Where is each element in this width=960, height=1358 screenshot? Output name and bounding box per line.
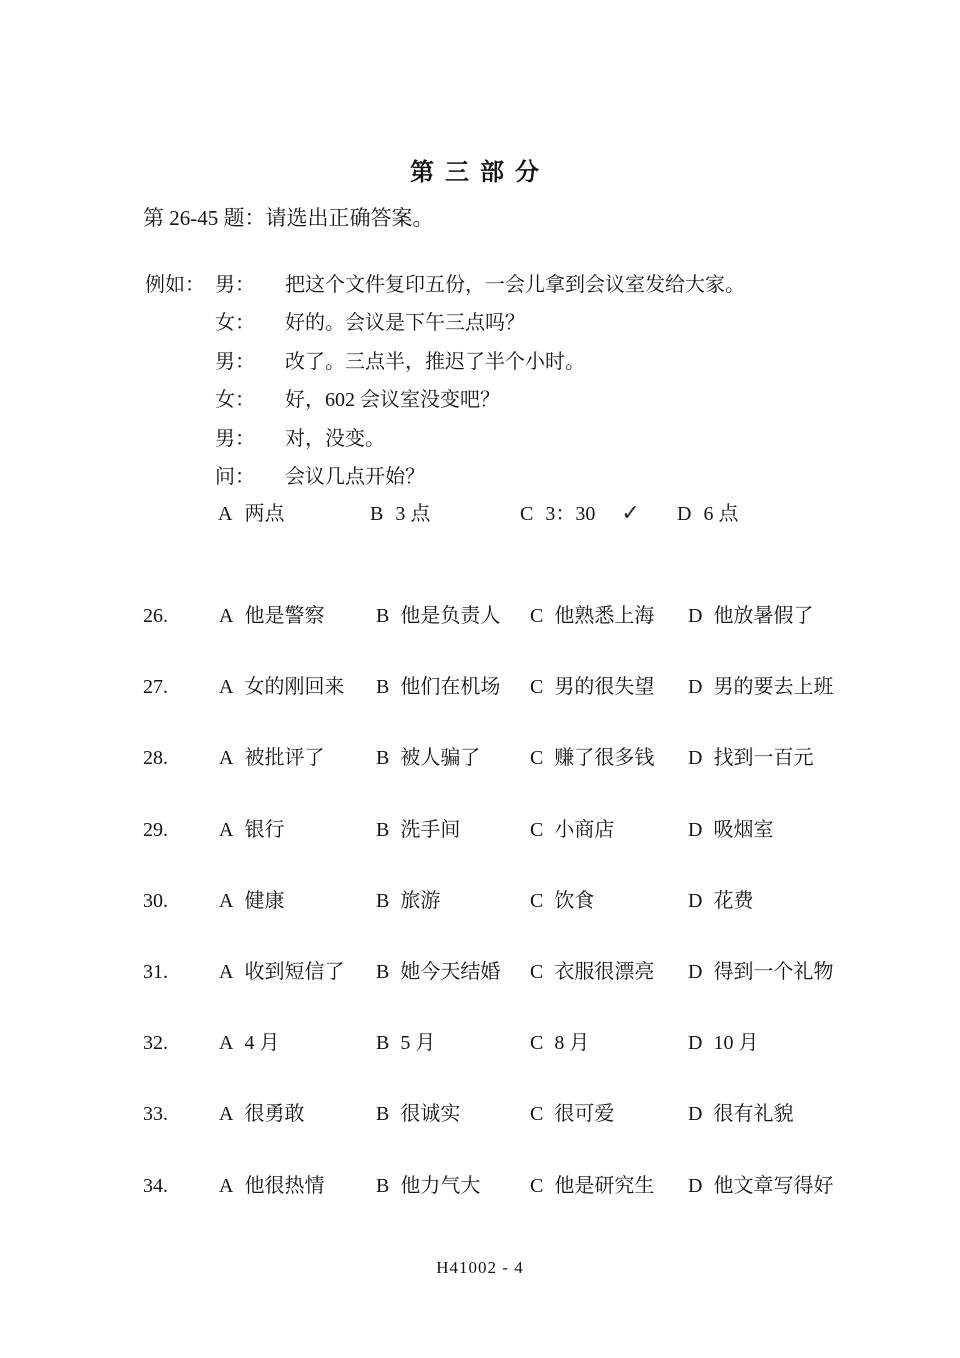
option-c-cell: C赚了很多钱 bbox=[530, 746, 688, 770]
option-letter: C bbox=[520, 503, 533, 525]
option-letter: C bbox=[530, 605, 543, 627]
option-c-cell: C饮食 bbox=[530, 889, 688, 913]
option-a-cell: A被批评了 bbox=[219, 746, 376, 770]
option-b-cell: B他力气大 bbox=[376, 1174, 530, 1198]
option-c-cell: C他熟悉上海 bbox=[530, 604, 688, 628]
option-text: 3 点 bbox=[395, 503, 430, 525]
option-d-cell: D得到一个礼物 bbox=[688, 960, 950, 984]
option-text: 收到短信了 bbox=[244, 961, 344, 983]
speaker-label: 问： bbox=[215, 458, 285, 496]
option-text: 很诚实 bbox=[400, 1103, 460, 1125]
utterance-text: 好，602 会议室没变吧？ bbox=[285, 389, 500, 411]
option-a-cell: A他很热情 bbox=[219, 1174, 376, 1198]
option-letter: B bbox=[376, 961, 389, 983]
question-row: 27. A女的刚回来 B他们在机场 C男的很失望 D男的要去上班 bbox=[143, 675, 950, 746]
option-c-cell: C8 月 bbox=[530, 1031, 688, 1055]
example-dialogue: 男：把这个文件复印五份，一会儿拿到会议室发给大家。 女：好的。会议是下午三点吗？… bbox=[145, 266, 940, 496]
question-number: 31. bbox=[143, 960, 219, 984]
option-a-cell: A女的刚回来 bbox=[219, 675, 376, 699]
option-text: 她今天结婚 bbox=[400, 961, 500, 983]
example-label: 例如： bbox=[145, 266, 205, 304]
option-text: 女的刚回来 bbox=[244, 676, 344, 698]
option-text: 4 月 bbox=[244, 1032, 279, 1054]
example-dialogue-line: 男：改了。三点半，推迟了半个小时。 bbox=[145, 343, 940, 381]
speaker-label: 女： bbox=[215, 381, 285, 419]
option-text: 很可爱 bbox=[554, 1103, 614, 1125]
option-d-cell: D很有礼貌 bbox=[688, 1102, 950, 1126]
option-text: 5 月 bbox=[400, 1032, 435, 1054]
example-dialogue-line: 女：好，602 会议室没变吧？ bbox=[145, 381, 940, 419]
option-text: 被批评了 bbox=[244, 747, 324, 769]
option-letter: A bbox=[219, 605, 233, 627]
option-b-cell: B5 月 bbox=[376, 1031, 530, 1055]
option-letter: A bbox=[219, 676, 233, 698]
option-text: 衣服很漂亮 bbox=[554, 961, 654, 983]
utterance-text: 把这个文件复印五份，一会儿拿到会议室发给大家。 bbox=[285, 274, 745, 296]
option-letter: B bbox=[376, 676, 389, 698]
example-dialogue-line: 男：把这个文件复印五份，一会儿拿到会议室发给大家。 bbox=[145, 266, 940, 304]
speaker-label: 男： bbox=[215, 343, 285, 381]
option-text: 他是研究生 bbox=[554, 1175, 654, 1197]
question-number: 33. bbox=[143, 1102, 219, 1126]
utterance-text: 改了。三点半，推迟了半个小时。 bbox=[285, 351, 585, 373]
option-text: 花费 bbox=[713, 890, 753, 912]
speaker-label: 男： bbox=[215, 420, 285, 458]
question-number: 27. bbox=[143, 675, 219, 699]
option-letter: D bbox=[677, 503, 691, 525]
footer-page-code: H41002 - 4 bbox=[0, 1258, 960, 1278]
option-c-cell: C很可爱 bbox=[530, 1102, 688, 1126]
example-option: A两点 bbox=[218, 497, 284, 526]
utterance-text: 会议几点开始？ bbox=[285, 466, 425, 488]
option-text: 很有礼貌 bbox=[713, 1103, 793, 1125]
question-row: 31. A收到短信了 B她今天结婚 C衣服很漂亮 D得到一个礼物 bbox=[143, 960, 950, 1031]
option-text: 他力气大 bbox=[400, 1175, 480, 1197]
example-section: 例如： 男：把这个文件复印五份，一会儿拿到会议室发给大家。 女：好的。会议是下午… bbox=[145, 266, 940, 496]
option-text: 被人骗了 bbox=[400, 747, 480, 769]
option-b-cell: B被人骗了 bbox=[376, 746, 530, 770]
questions-list: 26. A他是警察 B他是负责人 C他熟悉上海 D他放暑假了 27. A女的刚回… bbox=[143, 604, 950, 1245]
speaker-label: 男： bbox=[215, 266, 285, 304]
option-letter: A bbox=[219, 961, 233, 983]
page-title: 第三部分 bbox=[0, 152, 960, 187]
option-text: 小商店 bbox=[554, 819, 614, 841]
option-a-cell: A收到短信了 bbox=[219, 960, 376, 984]
option-c-cell: C他是研究生 bbox=[530, 1174, 688, 1198]
option-text: 他是警察 bbox=[244, 605, 324, 627]
option-text: 银行 bbox=[244, 819, 284, 841]
utterance-text: 对，没变。 bbox=[285, 428, 385, 450]
option-text: 他是负责人 bbox=[400, 605, 500, 627]
speaker-label: 女： bbox=[215, 304, 285, 342]
option-letter: A bbox=[219, 1032, 233, 1054]
option-letter: D bbox=[688, 1175, 702, 1197]
option-b-cell: B他是负责人 bbox=[376, 604, 530, 628]
option-letter: C bbox=[530, 747, 543, 769]
option-text: 洗手间 bbox=[400, 819, 460, 841]
option-letter: D bbox=[688, 747, 702, 769]
option-text: 得到一个礼物 bbox=[713, 961, 833, 983]
option-letter: D bbox=[688, 1103, 702, 1125]
option-text: 找到一百元 bbox=[713, 747, 813, 769]
example-option: D6 点 bbox=[677, 497, 738, 526]
example-dialogue-line: 男：对，没变。 bbox=[145, 420, 940, 458]
option-letter: D bbox=[688, 676, 702, 698]
question-row: 28. A被批评了 B被人骗了 C赚了很多钱 D找到一百元 bbox=[143, 746, 950, 817]
example-options-row: A两点 B3 点 C3：30✓ D6 点 bbox=[0, 497, 960, 527]
option-text: 男的要去上班 bbox=[713, 676, 833, 698]
option-text: 赚了很多钱 bbox=[554, 747, 654, 769]
option-text: 饮食 bbox=[554, 890, 594, 912]
option-d-cell: D10 月 bbox=[688, 1031, 950, 1055]
option-text: 他熟悉上海 bbox=[554, 605, 654, 627]
option-text: 他很热情 bbox=[244, 1175, 324, 1197]
option-a-cell: A很勇敢 bbox=[219, 1102, 376, 1126]
option-letter: D bbox=[688, 890, 702, 912]
question-row: 26. A他是警察 B他是负责人 C他熟悉上海 D他放暑假了 bbox=[143, 604, 950, 675]
option-a-cell: A健康 bbox=[219, 889, 376, 913]
option-letter: C bbox=[530, 1103, 543, 1125]
question-number: 26. bbox=[143, 604, 219, 628]
example-dialogue-line: 女：好的。会议是下午三点吗？ bbox=[145, 304, 940, 342]
option-a-cell: A他是警察 bbox=[219, 604, 376, 628]
option-letter: B bbox=[370, 503, 383, 525]
exam-page: 第三部分 第 26-45 题：请选出正确答案。 例如： 男：把这个文件复印五份，… bbox=[0, 0, 960, 1358]
option-b-cell: B她今天结婚 bbox=[376, 960, 530, 984]
question-number: 32. bbox=[143, 1031, 219, 1055]
option-text: 6 点 bbox=[703, 503, 738, 525]
section-instructions: 第 26-45 题：请选出正确答案。 bbox=[143, 202, 434, 232]
option-letter: A bbox=[219, 1103, 233, 1125]
question-row: 29. A银行 B洗手间 C小商店 D吸烟室 bbox=[143, 818, 950, 889]
option-text: 10 月 bbox=[713, 1032, 758, 1054]
option-a-cell: A银行 bbox=[219, 818, 376, 842]
option-text: 两点 bbox=[244, 503, 284, 525]
option-c-cell: C男的很失望 bbox=[530, 675, 688, 699]
option-b-cell: B洗手间 bbox=[376, 818, 530, 842]
question-number: 28. bbox=[143, 746, 219, 770]
option-letter: C bbox=[530, 1175, 543, 1197]
option-text: 吸烟室 bbox=[713, 819, 773, 841]
option-letter: D bbox=[688, 961, 702, 983]
option-d-cell: D吸烟室 bbox=[688, 818, 950, 842]
check-icon: ✓ bbox=[621, 500, 639, 525]
option-letter: B bbox=[376, 890, 389, 912]
option-text: 很勇敢 bbox=[244, 1103, 304, 1125]
question-row: 32. A4 月 B5 月 C8 月 D10 月 bbox=[143, 1031, 950, 1102]
option-letter: D bbox=[688, 605, 702, 627]
utterance-text: 好的。会议是下午三点吗？ bbox=[285, 312, 525, 334]
option-text: 他放暑假了 bbox=[713, 605, 813, 627]
option-text: 男的很失望 bbox=[554, 676, 654, 698]
option-text: 3：30 bbox=[545, 503, 595, 525]
example-option: C3：30✓ bbox=[520, 497, 640, 526]
option-c-cell: C衣服很漂亮 bbox=[530, 960, 688, 984]
question-row: 30. A健康 B旅游 C饮食 D花费 bbox=[143, 889, 950, 960]
option-letter: A bbox=[219, 890, 233, 912]
option-d-cell: D男的要去上班 bbox=[688, 675, 950, 699]
option-letter: B bbox=[376, 1175, 389, 1197]
option-letter: B bbox=[376, 819, 389, 841]
example-option: B3 点 bbox=[370, 497, 430, 526]
example-dialogue-line: 问：会议几点开始？ bbox=[145, 458, 940, 496]
option-letter: C bbox=[530, 819, 543, 841]
option-letter: C bbox=[530, 1032, 543, 1054]
option-b-cell: B旅游 bbox=[376, 889, 530, 913]
option-c-cell: C小商店 bbox=[530, 818, 688, 842]
question-row: 34. A他很热情 B他力气大 C他是研究生 D他文章写得好 bbox=[143, 1174, 950, 1245]
question-row: 33. A很勇敢 B很诚实 C很可爱 D很有礼貌 bbox=[143, 1102, 950, 1173]
option-letter: C bbox=[530, 961, 543, 983]
option-text: 8 月 bbox=[554, 1032, 589, 1054]
option-letter: B bbox=[376, 1032, 389, 1054]
option-letter: B bbox=[376, 605, 389, 627]
option-b-cell: B他们在机场 bbox=[376, 675, 530, 699]
option-letter: C bbox=[530, 890, 543, 912]
option-text: 健康 bbox=[244, 890, 284, 912]
option-d-cell: D他文章写得好 bbox=[688, 1174, 950, 1198]
option-letter: D bbox=[688, 819, 702, 841]
option-letter: B bbox=[376, 1103, 389, 1125]
option-d-cell: D他放暑假了 bbox=[688, 604, 950, 628]
option-letter: D bbox=[688, 1032, 702, 1054]
question-number: 34. bbox=[143, 1174, 219, 1198]
option-text: 他文章写得好 bbox=[713, 1175, 833, 1197]
option-text: 他们在机场 bbox=[400, 676, 500, 698]
option-b-cell: B很诚实 bbox=[376, 1102, 530, 1126]
question-number: 30. bbox=[143, 889, 219, 913]
option-a-cell: A4 月 bbox=[219, 1031, 376, 1055]
option-letter: A bbox=[219, 819, 233, 841]
option-text: 旅游 bbox=[400, 890, 440, 912]
option-letter: A bbox=[219, 1175, 233, 1197]
option-letter: C bbox=[530, 676, 543, 698]
option-letter: B bbox=[376, 747, 389, 769]
option-d-cell: D找到一百元 bbox=[688, 746, 950, 770]
option-d-cell: D花费 bbox=[688, 889, 950, 913]
question-number: 29. bbox=[143, 818, 219, 842]
option-letter: A bbox=[219, 747, 233, 769]
option-letter: A bbox=[218, 503, 232, 525]
